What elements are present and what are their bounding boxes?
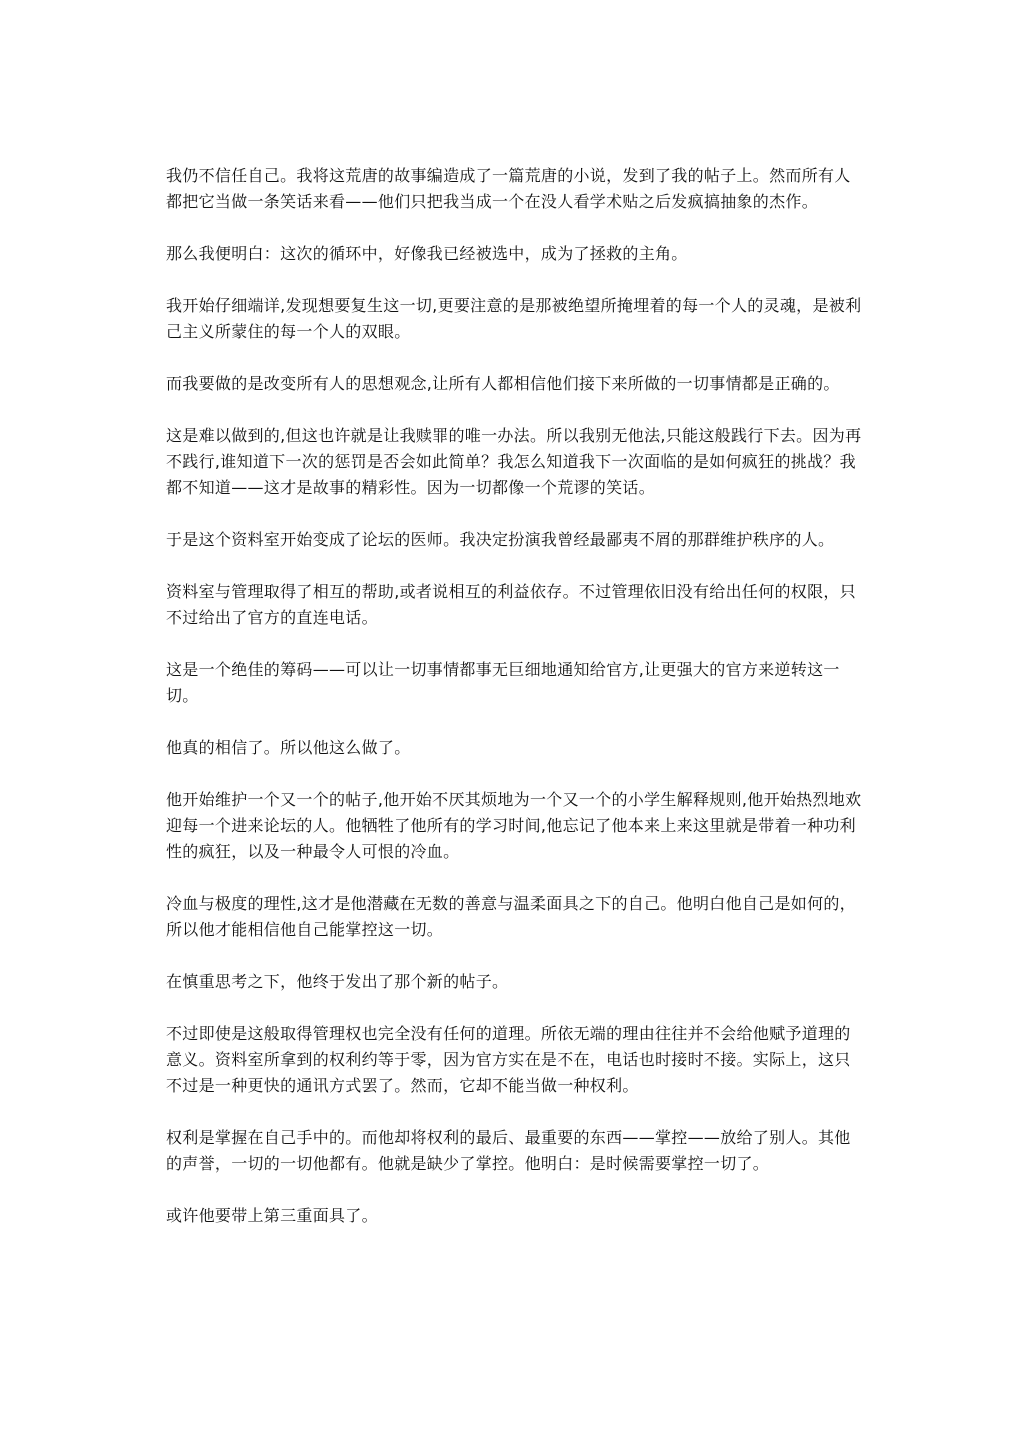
paragraph-5: 这是难以做到的,但这也许就是让我赎罪的唯一办法。所以我别无他法,只能这般践行下去… bbox=[166, 423, 866, 501]
paragraph-2: 那么我便明白：这次的循环中，好像我已经被选中，成为了拯救的主角。 bbox=[166, 241, 866, 267]
paragraph-11: 冷血与极度的理性,这才是他潜藏在无数的善意与温柔面具之下的自己。他明白他自己是如… bbox=[166, 891, 866, 943]
paragraph-4: 而我要做的是改变所有人的思想观念,让所有人都相信他们接下来所做的一切事情都是正确… bbox=[166, 371, 866, 397]
paragraph-13: 不过即使是这般取得管理权也完全没有任何的道理。所依无端的理由往往并不会给他赋予道… bbox=[166, 1021, 866, 1099]
paragraph-10: 他开始维护一个又一个的帖子,他开始不厌其烦地为一个又一个的小学生解释规则,他开始… bbox=[166, 787, 866, 865]
paragraph-15: 或许他要带上第三重面具了。 bbox=[166, 1203, 866, 1229]
paragraph-1: 我仍不信任自己。我将这荒唐的故事编造成了一篇荒唐的小说，发到了我的帖子上。然而所… bbox=[166, 163, 866, 215]
paragraph-8: 这是一个绝佳的筹码——可以让一切事情都事无巨细地通知给官方,让更强大的官方来逆转… bbox=[166, 657, 866, 709]
paragraph-14: 权利是掌握在自己手中的。而他却将权利的最后、最重要的东西——掌控——放给了别人。… bbox=[166, 1125, 866, 1177]
paragraph-7: 资料室与管理取得了相互的帮助,或者说相互的利益依存。不过管理依旧没有给出任何的权… bbox=[166, 579, 866, 631]
paragraph-9: 他真的相信了。所以他这么做了。 bbox=[166, 735, 866, 761]
paragraph-3: 我开始仔细端详,发现想要复生这一切,更要注意的是那被绝望所掩埋着的每一个人的灵魂… bbox=[166, 293, 866, 345]
paragraph-6: 于是这个资料室开始变成了论坛的医师。我决定扮演我曾经最鄙夷不屑的那群维护秩序的人… bbox=[166, 527, 866, 553]
document-page: 我仍不信任自己。我将这荒唐的故事编造成了一篇荒唐的小说，发到了我的帖子上。然而所… bbox=[166, 163, 866, 1255]
paragraph-12: 在慎重思考之下，他终于发出了那个新的帖子。 bbox=[166, 969, 866, 995]
